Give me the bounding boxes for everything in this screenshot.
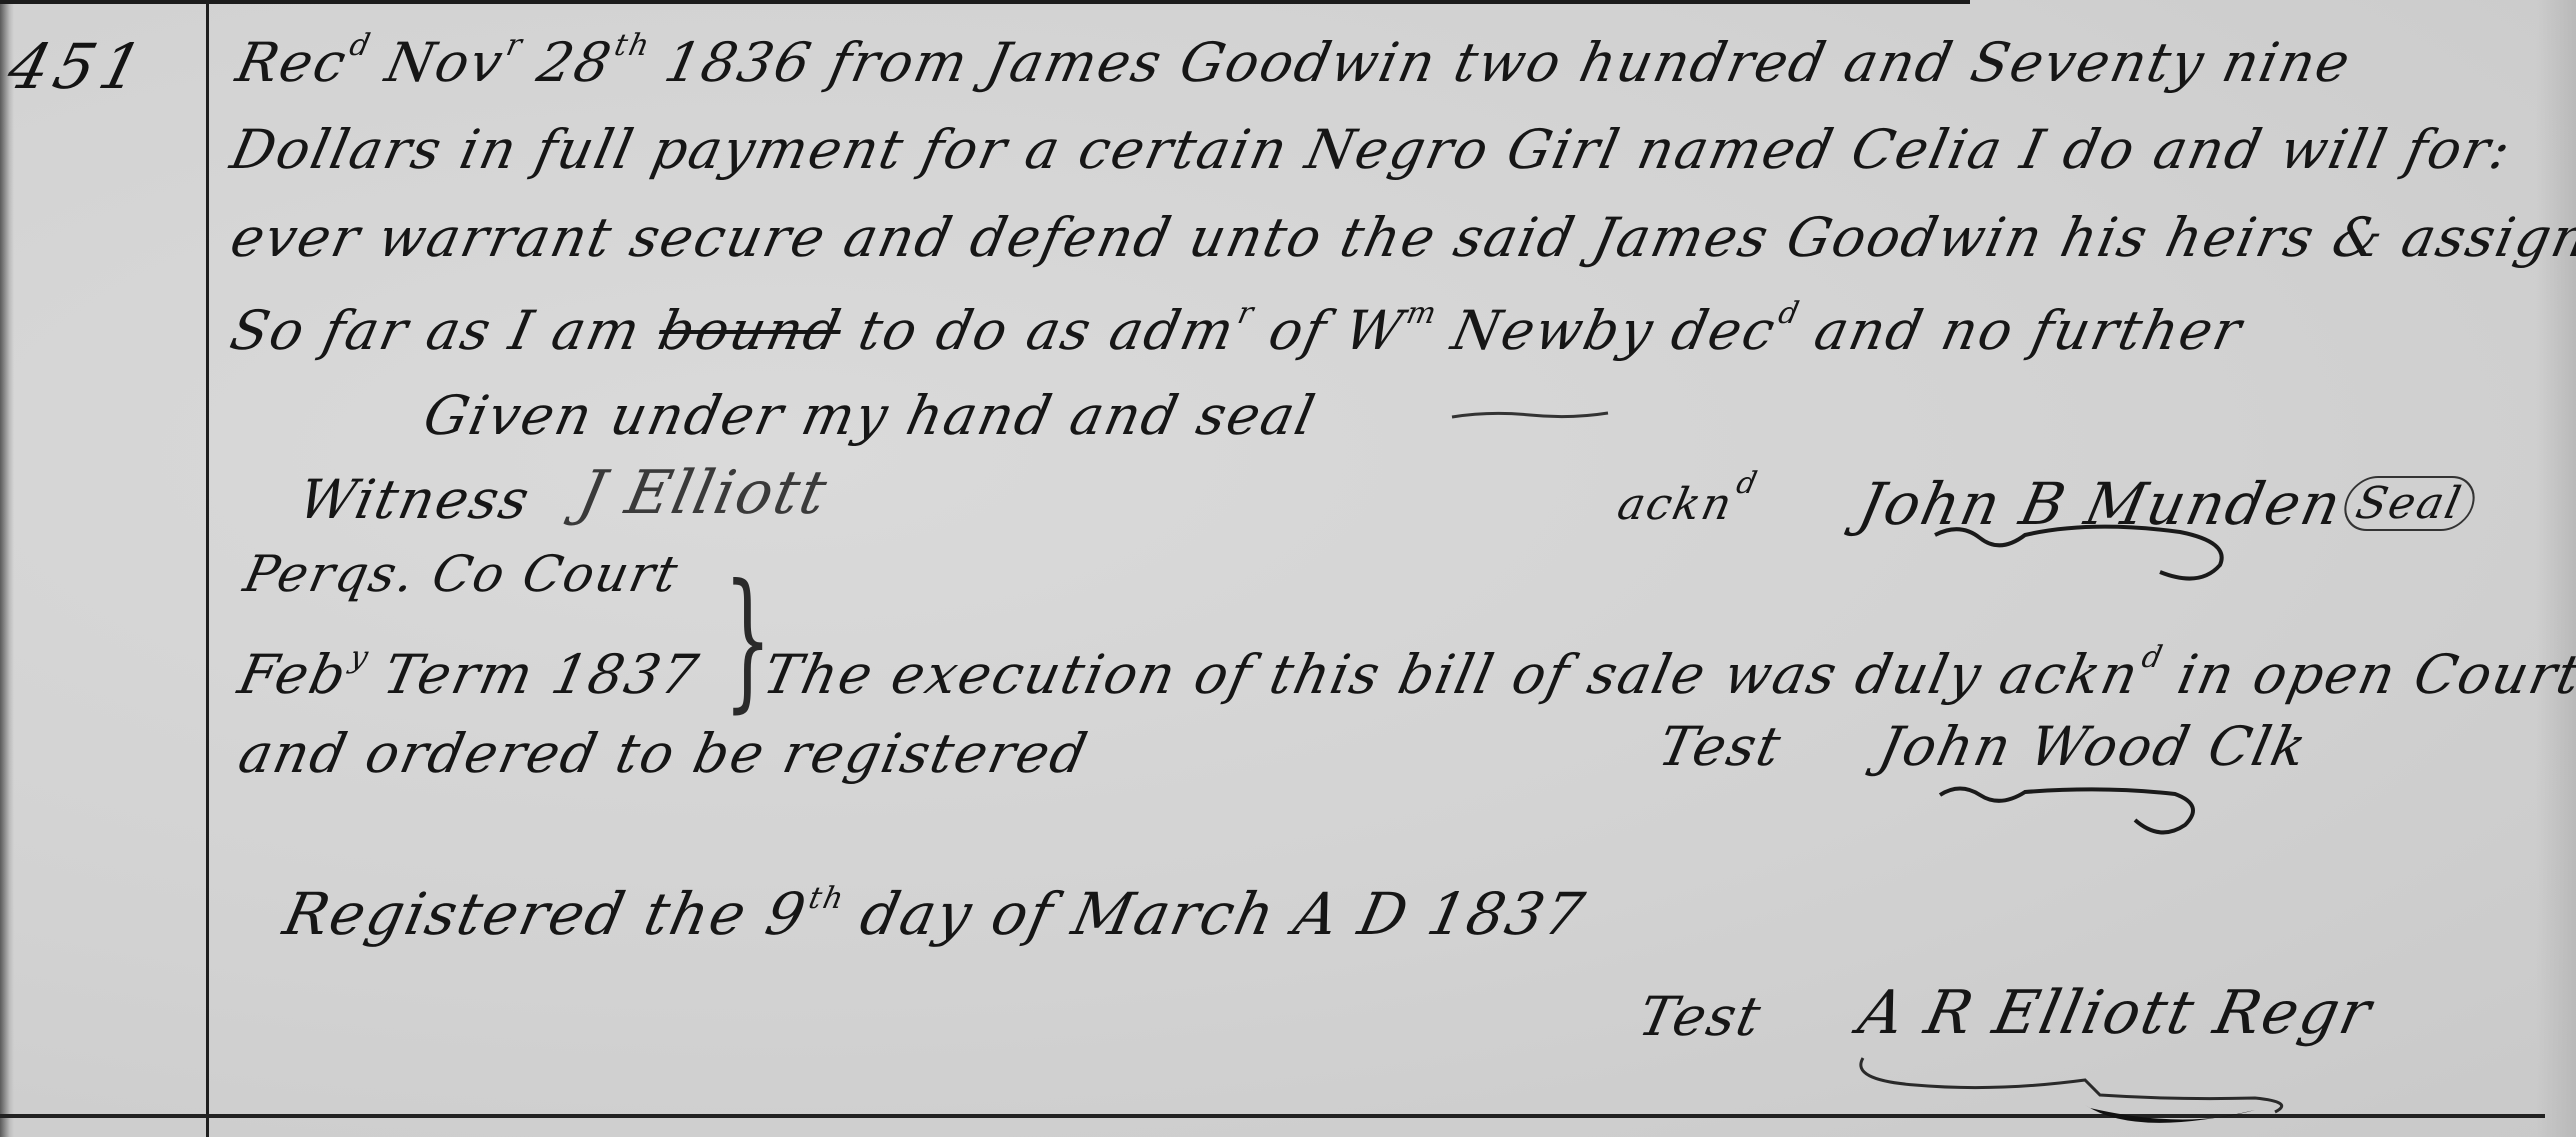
- top-rule: [0, 0, 1970, 4]
- registrar-test-label: Test: [1633, 985, 1768, 1048]
- body-line-4: So far as I am bound to do as admr of Wm…: [225, 296, 2249, 362]
- court-county: Perqs. Co Court: [239, 545, 684, 603]
- body-line-1: Recd Novr 28th 1836 from James Goodwin t…: [231, 28, 2358, 94]
- entry-number: 451: [1, 30, 156, 103]
- text: Newby dec: [1427, 299, 1782, 362]
- text: The execution of this bill of sale was d…: [758, 643, 2145, 706]
- text: Nov: [361, 31, 510, 94]
- clerk-signature: John Wood Clk: [1873, 715, 2313, 778]
- text: Registered the 9: [278, 880, 813, 948]
- court-term: Feby Term 1837: [233, 640, 706, 706]
- clerk-flourish: [1935, 780, 2235, 850]
- text: day of March A D 1837: [834, 880, 1591, 948]
- body-line-3: ever warrant secure and defend unto the …: [225, 206, 2576, 269]
- page-edge-shadow: [2536, 0, 2576, 1137]
- text: to do as adm: [853, 299, 1241, 362]
- text: 28: [513, 31, 618, 94]
- given-under-hand-line: Given under my hand and seal: [418, 384, 1321, 447]
- signature-flourish: [1930, 520, 2290, 590]
- registration-line: Registered the 9th day of March A D 1837: [278, 880, 1592, 948]
- court-execution-line: The execution of this bill of sale was d…: [758, 640, 2576, 706]
- text: Feb: [233, 643, 353, 706]
- page-gutter-shadow: [0, 0, 14, 1137]
- court-ordered-line: and ordered to be registered: [233, 722, 1094, 785]
- text: 1836 from James Goodwin two hundred and …: [640, 31, 2357, 94]
- witness-signature: J Elliott: [573, 458, 835, 528]
- text: in open Court: [2153, 643, 2576, 706]
- text: So far as I am: [225, 299, 647, 362]
- struck-word: bound: [653, 299, 848, 362]
- seal-mark: Seal: [2339, 476, 2479, 531]
- registrar-signature: A R Elliott Regr: [1853, 978, 2379, 1048]
- text: ackn: [1613, 479, 1738, 530]
- body-line-2: Dollars in full payment for a certain Ne…: [225, 118, 2517, 181]
- text: Rec: [231, 31, 353, 94]
- witness-label: Witness: [293, 468, 536, 531]
- registrar-flourish: [1855, 1050, 2375, 1130]
- acknowledged-note: acknd: [1613, 466, 1762, 530]
- text: of W: [1244, 299, 1410, 362]
- ledger-page: 451 Recd Novr 28th 1836 from James Goodw…: [0, 0, 2576, 1137]
- line-end-flourish: [1450, 405, 1610, 425]
- margin-rule: [206, 0, 209, 1137]
- text: Term 1837: [359, 643, 705, 706]
- text: and no further: [1790, 299, 2249, 362]
- superscript: d: [1733, 466, 1762, 501]
- clerk-test-label: Test: [1653, 715, 1788, 778]
